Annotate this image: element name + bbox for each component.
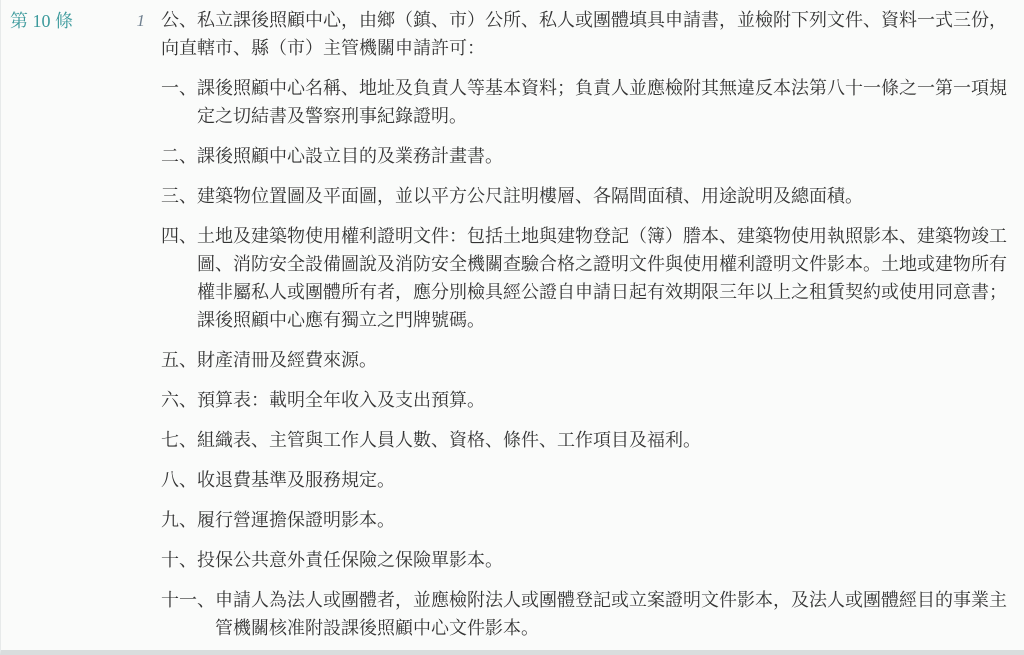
- article-content: 公、私立課後照顧中心，由鄉（鎮、市）公所、私人或團體填具申請書，並檢附下列文件、…: [161, 6, 1013, 642]
- list-item: 八、收退費基準及服務規定。: [161, 466, 1013, 494]
- list-item: 九、履行營運擔保證明影本。: [161, 506, 1013, 534]
- list-item: 四、土地及建築物使用權利證明文件：包括土地與建物登記（簿）謄本、建築物使用執照影…: [161, 222, 1013, 334]
- list-item: 三、建築物位置圖及平面圖，並以平方公尺註明樓層、各隔間面積、用途說明及總面積。: [161, 182, 1013, 210]
- item-marker: 七、: [161, 430, 197, 450]
- list-item: 一、課後照顧中心名稱、地址及負責人等基本資料；負責人並應檢附其無違反本法第八十一…: [161, 74, 1013, 130]
- item-marker: 八、: [161, 470, 197, 490]
- list-item: 五、財產清冊及經費來源。: [161, 346, 1013, 374]
- item-text: 收退費基準及服務規定。: [197, 470, 395, 490]
- article-number-label: 第 10 條: [10, 9, 73, 33]
- item-text: 課後照顧中心設立目的及業務計畫書。: [197, 146, 503, 166]
- list-item: 六、預算表：載明全年收入及支出預算。: [161, 386, 1013, 414]
- item-marker: 十一、: [161, 590, 215, 610]
- item-marker: 三、: [161, 186, 197, 206]
- list-item: 十一、申請人為法人或團體者，並應檢附法人或團體登記或立案證明文件影本，及法人或團…: [161, 586, 1013, 642]
- paragraph-text: 公、私立課後照顧中心，由鄉（鎮、市）公所、私人或團體填具申請書，並檢附下列文件、…: [161, 6, 1013, 62]
- item-text: 申請人為法人或團體者，並應檢附法人或團體登記或立案證明文件影本，及法人或團體經目…: [215, 590, 1007, 638]
- list-item: 七、組織表、主管與工作人員人數、資格、條件、工作項目及福利。: [161, 426, 1013, 454]
- item-marker: 六、: [161, 390, 197, 410]
- item-text: 財產清冊及經費來源。: [197, 350, 377, 370]
- item-text: 預算表：載明全年收入及支出預算。: [197, 390, 485, 410]
- item-marker: 二、: [161, 146, 197, 166]
- item-list: 一、課後照顧中心名稱、地址及負責人等基本資料；負責人並應檢附其無違反本法第八十一…: [161, 74, 1013, 642]
- item-marker: 五、: [161, 350, 197, 370]
- item-text: 課後照顧中心名稱、地址及負責人等基本資料；負責人並應檢附其無違反本法第八十一條之…: [197, 78, 1007, 126]
- list-item: 二、課後照顧中心設立目的及業務計畫書。: [161, 142, 1013, 170]
- item-marker: 四、: [161, 226, 197, 246]
- list-item: 十、投保公共意外責任保險之保險單影本。: [161, 546, 1013, 574]
- item-marker: 九、: [161, 510, 197, 530]
- item-text: 建築物位置圖及平面圖，並以平方公尺註明樓層、各隔間面積、用途說明及總面積。: [197, 186, 863, 206]
- item-marker: 一、: [161, 78, 197, 98]
- law-article-row: 第 10 條 1 公、私立課後照顧中心，由鄉（鎮、市）公所、私人或團體填具申請書…: [0, 0, 1024, 655]
- item-text: 履行營運擔保證明影本。: [197, 510, 395, 530]
- item-text: 土地及建築物使用權利證明文件：包括土地與建物登記（簿）謄本、建築物使用執照影本、…: [197, 226, 1007, 330]
- item-text: 組織表、主管與工作人員人數、資格、條件、工作項目及福利。: [197, 430, 701, 450]
- item-text: 投保公共意外責任保險之保險單影本。: [197, 550, 503, 570]
- paragraph-number: 1: [119, 9, 145, 33]
- item-marker: 十、: [161, 550, 197, 570]
